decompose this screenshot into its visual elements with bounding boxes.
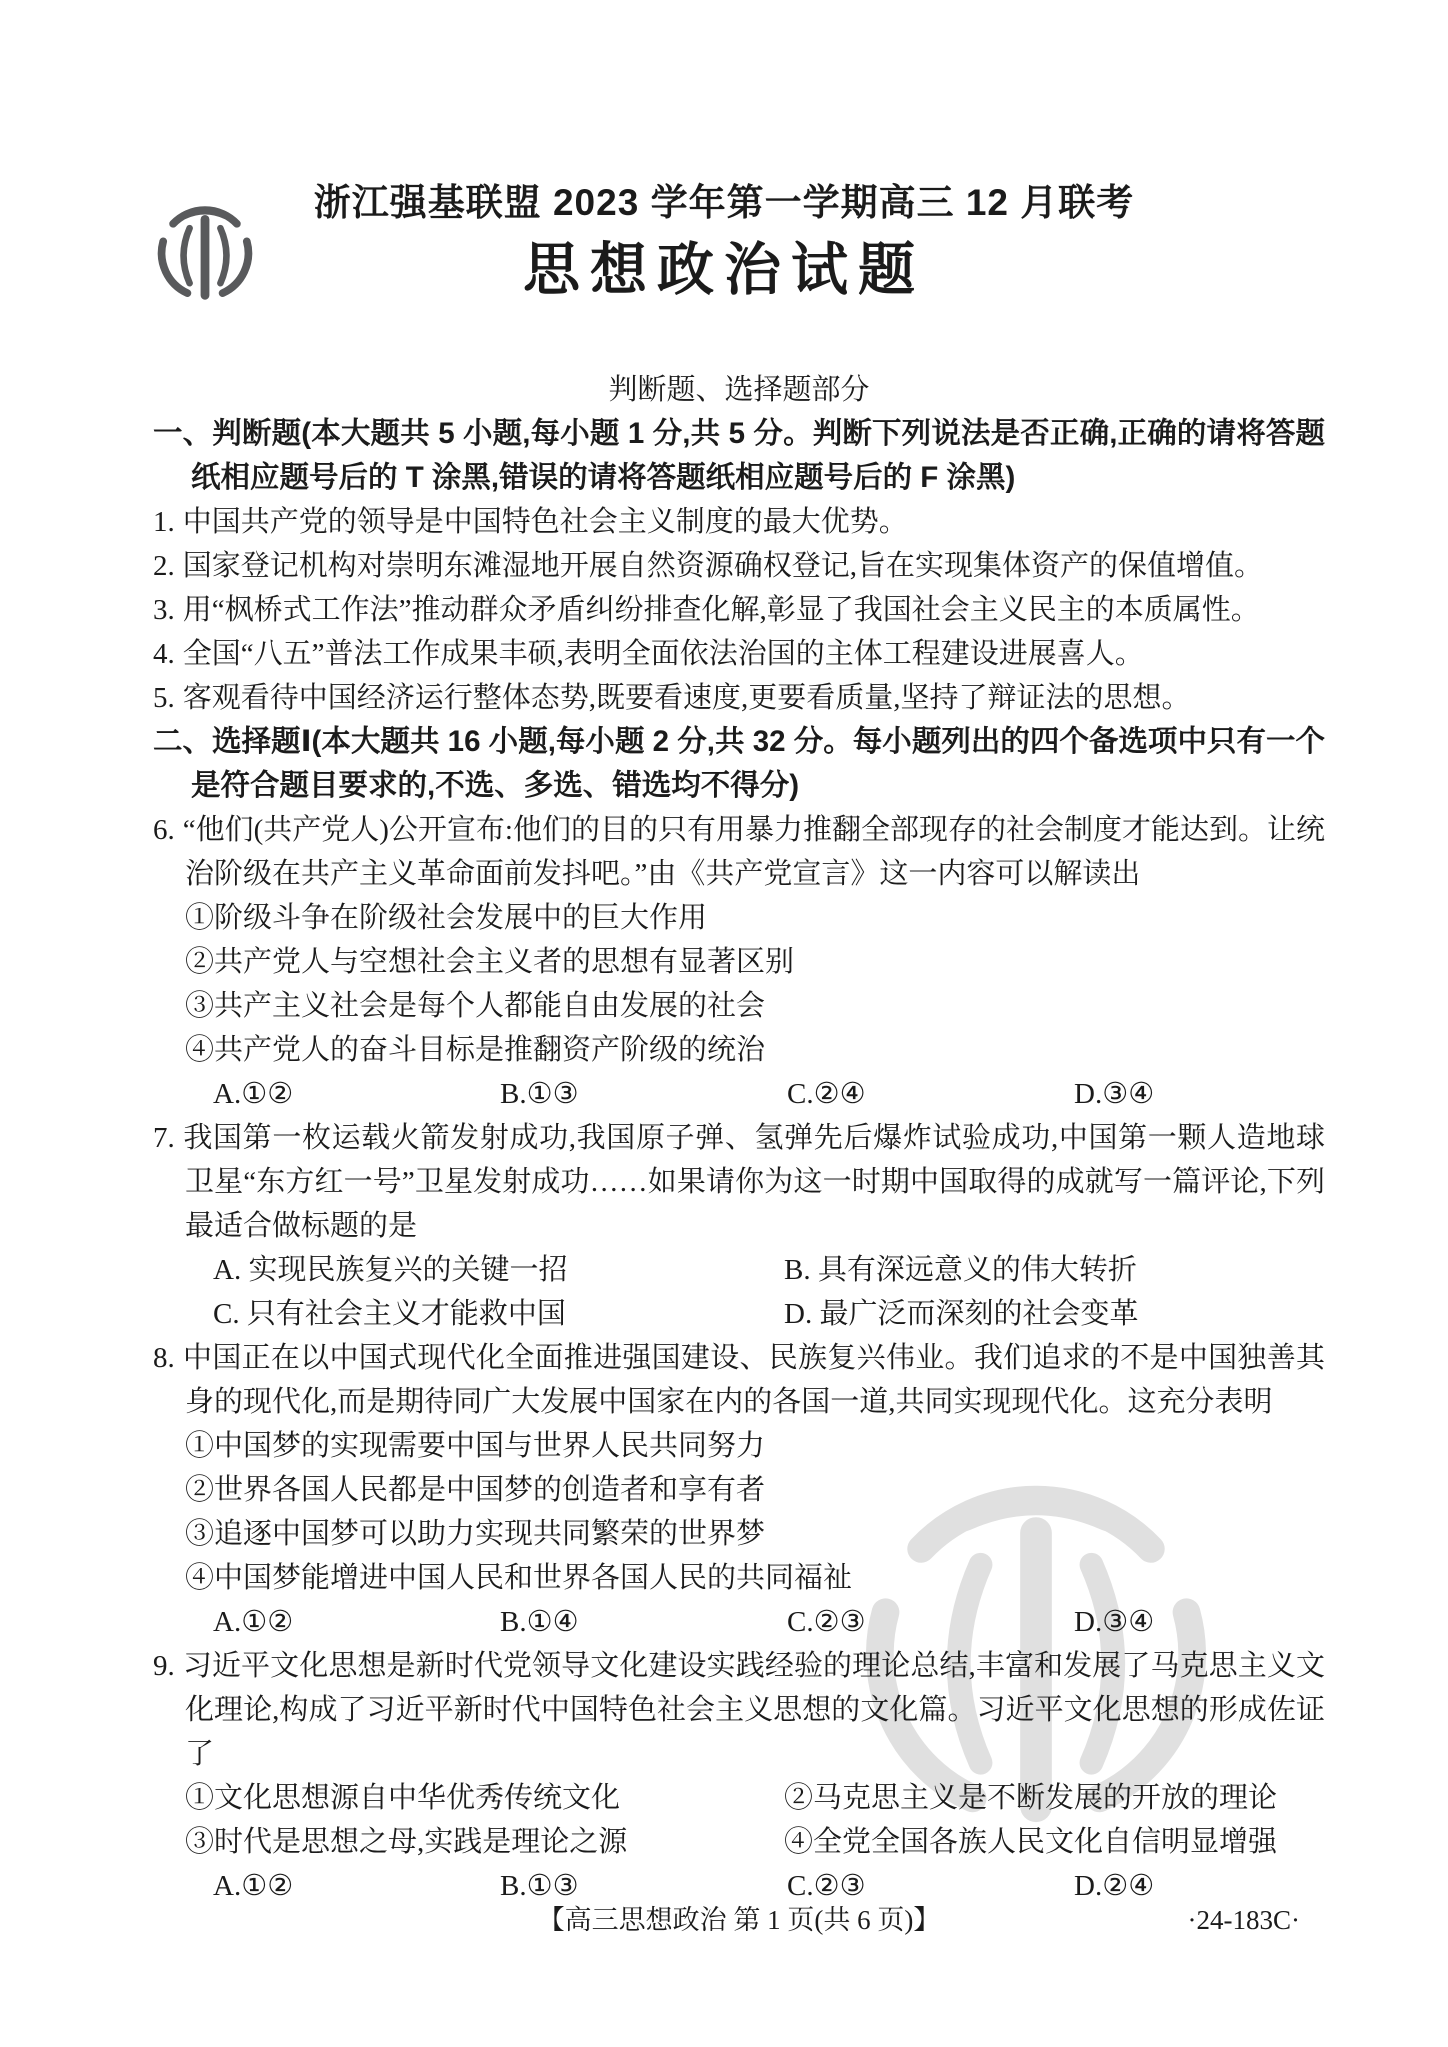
question-text: “他们(共产党人)公开宣布:他们的目的只有用暴力推翻全部现存的社会制度才能达到。… <box>183 814 1325 890</box>
question-number: 9. <box>153 1650 175 1682</box>
q7-choice-b: B. 具有深远意义的伟大转折 <box>784 1248 1137 1292</box>
q8-statement-3: ③追逐中国梦可以助力实现共同繁荣的世界梦 <box>185 1512 1325 1556</box>
q9-statement-1: ①文化思想源自中华优秀传统文化 <box>185 1776 784 1820</box>
question-9-stem: 9.习近平文化思想是新时代党领导文化建设实践经验的理论总结,丰富和发展了马克思主… <box>153 1644 1325 1776</box>
q6-choice-c: C.②④ <box>787 1072 1074 1116</box>
tf-item-4: 4.全国“八五”普法工作成果丰硕,表明全面依法治国的主体工程建设进展喜人。 <box>153 632 1325 676</box>
q8-statement-2: ②世界各国人民都是中国梦的创造者和享有者 <box>185 1468 1325 1512</box>
question-text: 我国第一枚运载火箭发射成功,我国原子弹、氢弹先后爆炸试验成功,中国第一颗人造地球… <box>183 1122 1325 1242</box>
q8-choice-b: B.①④ <box>500 1600 787 1644</box>
q8-choice-d: D.③④ <box>1074 1600 1361 1644</box>
q9-statement-3: ③时代是思想之母,实践是理论之源 <box>185 1820 784 1864</box>
tf-item-5: 5.客观看待中国经济运行整体态势,既要看速度,更要看质量,坚持了辩证法的思想。 <box>153 676 1325 720</box>
question-number: 7. <box>153 1122 175 1154</box>
q8-statement-1: ①中国梦的实现需要中国与世界人民共同努力 <box>185 1424 1325 1468</box>
footer-paper-code: ·24-183C· <box>1188 1903 1300 1937</box>
question-text: 习近平文化思想是新时代党领导文化建设实践经验的理论总结,丰富和发展了马克思主义文… <box>183 1650 1325 1770</box>
q6-choice-d: D.③④ <box>1074 1072 1361 1116</box>
exam-paper-page: 浙江强基联盟 2023 学年第一学期高三 12 月联考 思想政治试题 判断题、选… <box>0 0 1448 2047</box>
item-number: 1. <box>153 506 175 538</box>
item-number: 3. <box>153 594 175 626</box>
question-8-stem: 8.中国正在以中国式现代化全面推进强国建设、民族复兴伟业。我们追求的不是中国独善… <box>153 1336 1325 1424</box>
q6-statement-1: ①阶级斗争在阶级社会发展中的巨大作用 <box>185 896 1325 940</box>
tf-item-3: 3.用“枫桥式工作法”推动群众矛盾纠纷排查化解,彰显了我国社会主义民主的本质属性… <box>153 588 1325 632</box>
q9-statement-4: ④全党全国各族人民文化自信明显增强 <box>784 1820 1277 1864</box>
tf-item-2: 2.国家登记机构对崇明东滩湿地开展自然资源确权登记,旨在实现集体资产的保值增值。 <box>153 544 1325 588</box>
tf-item-1: 1.中国共产党的领导是中国特色社会主义制度的最大优势。 <box>153 500 1325 544</box>
question-number: 6. <box>153 814 175 846</box>
q7-choices-row-1: A. 实现民族复兴的关键一招 B. 具有深远意义的伟大转折 <box>213 1248 1325 1292</box>
q6-statement-3: ③共产主义社会是每个人都能自由发展的社会 <box>185 984 1325 1028</box>
q8-statement-4: ④中国梦能增进中国人民和世界各国人民的共同福祉 <box>185 1556 1325 1600</box>
q9-choice-a: A.①② <box>213 1864 500 1908</box>
q7-choice-d: D. 最广泛而深刻的社会变革 <box>784 1292 1138 1336</box>
exam-body: 判断题、选择题部分 一、判断题(本大题共 5 小题,每小题 1 分,共 5 分。… <box>153 368 1325 1908</box>
q9-choice-b: B.①③ <box>500 1864 787 1908</box>
q7-choice-a: A. 实现民族复兴的关键一招 <box>213 1248 784 1292</box>
q6-choice-b: B.①③ <box>500 1072 787 1116</box>
q6-statement-4: ④共产党人的奋斗目标是推翻资产阶级的统治 <box>185 1028 1325 1072</box>
q8-choices-row: A.①② B.①④ C.②③ D.③④ <box>213 1600 1325 1644</box>
q9-statements-row-2: ③时代是思想之母,实践是理论之源 ④全党全国各族人民文化自信明显增强 <box>185 1820 1325 1864</box>
exam-title-line2: 思想政治试题 <box>0 238 1448 302</box>
item-text: 全国“八五”普法工作成果丰硕,表明全面依法治国的主体工程建设进展喜人。 <box>183 638 1144 670</box>
item-text: 用“枫桥式工作法”推动群众矛盾纠纷排查化解,彰显了我国社会主义民主的本质属性。 <box>183 594 1260 626</box>
q6-choices-row: A.①② B.①③ C.②④ D.③④ <box>213 1072 1325 1116</box>
item-number: 2. <box>153 550 175 582</box>
q9-statement-2: ②马克思主义是不断发展的开放的理论 <box>784 1776 1277 1820</box>
q8-choice-c: C.②③ <box>787 1600 1074 1644</box>
q9-choices-row: A.①② B.①③ C.②③ D.②④ <box>213 1864 1325 1908</box>
item-text: 中国共产党的领导是中国特色社会主义制度的最大优势。 <box>183 506 908 538</box>
page-footer: 【高三思想政治 第 1 页(共 6 页)】 ·24-183C· <box>153 1903 1325 1937</box>
item-text: 国家登记机构对崇明东滩湿地开展自然资源确权登记,旨在实现集体资产的保值增值。 <box>183 550 1263 582</box>
q6-statement-2: ②共产党人与空想社会主义者的思想有显著区别 <box>185 940 1325 984</box>
q7-choice-c: C. 只有社会主义才能救中国 <box>213 1292 784 1336</box>
section-one-header: 一、判断题(本大题共 5 小题,每小题 1 分,共 5 分。判断下列说法是否正确… <box>153 412 1325 500</box>
exam-title-line1: 浙江强基联盟 2023 学年第一学期高三 12 月联考 <box>0 180 1448 226</box>
question-6-stem: 6.“他们(共产党人)公开宣布:他们的目的只有用暴力推翻全部现存的社会制度才能达… <box>153 808 1325 896</box>
exam-header: 浙江强基联盟 2023 学年第一学期高三 12 月联考 思想政治试题 <box>0 180 1448 302</box>
q6-choice-a: A.①② <box>213 1072 500 1116</box>
item-number: 5. <box>153 682 175 714</box>
q8-choice-a: A.①② <box>213 1600 500 1644</box>
q9-statements-row-1: ①文化思想源自中华优秀传统文化 ②马克思主义是不断发展的开放的理论 <box>185 1776 1325 1820</box>
question-text: 中国正在以中国式现代化全面推进强国建设、民族复兴伟业。我们追求的不是中国独善其身… <box>183 1342 1325 1418</box>
part-subtitle: 判断题、选择题部分 <box>153 368 1325 412</box>
question-7-stem: 7.我国第一枚运载火箭发射成功,我国原子弹、氢弹先后爆炸试验成功,中国第一颗人造… <box>153 1116 1325 1248</box>
q9-choice-d: D.②④ <box>1074 1864 1361 1908</box>
section-two-header: 二、选择题Ⅰ(本大题共 16 小题,每小题 2 分,共 32 分。每小题列出的四… <box>153 720 1325 808</box>
item-text: 客观看待中国经济运行整体态势,既要看速度,更要看质量,坚持了辩证法的思想。 <box>183 682 1191 714</box>
item-number: 4. <box>153 638 175 670</box>
question-number: 8. <box>153 1342 175 1374</box>
q9-choice-c: C.②③ <box>787 1864 1074 1908</box>
footer-page-info: 【高三思想政治 第 1 页(共 6 页)】 <box>153 1903 1325 1937</box>
q7-choices-row-2: C. 只有社会主义才能救中国 D. 最广泛而深刻的社会变革 <box>213 1292 1325 1336</box>
